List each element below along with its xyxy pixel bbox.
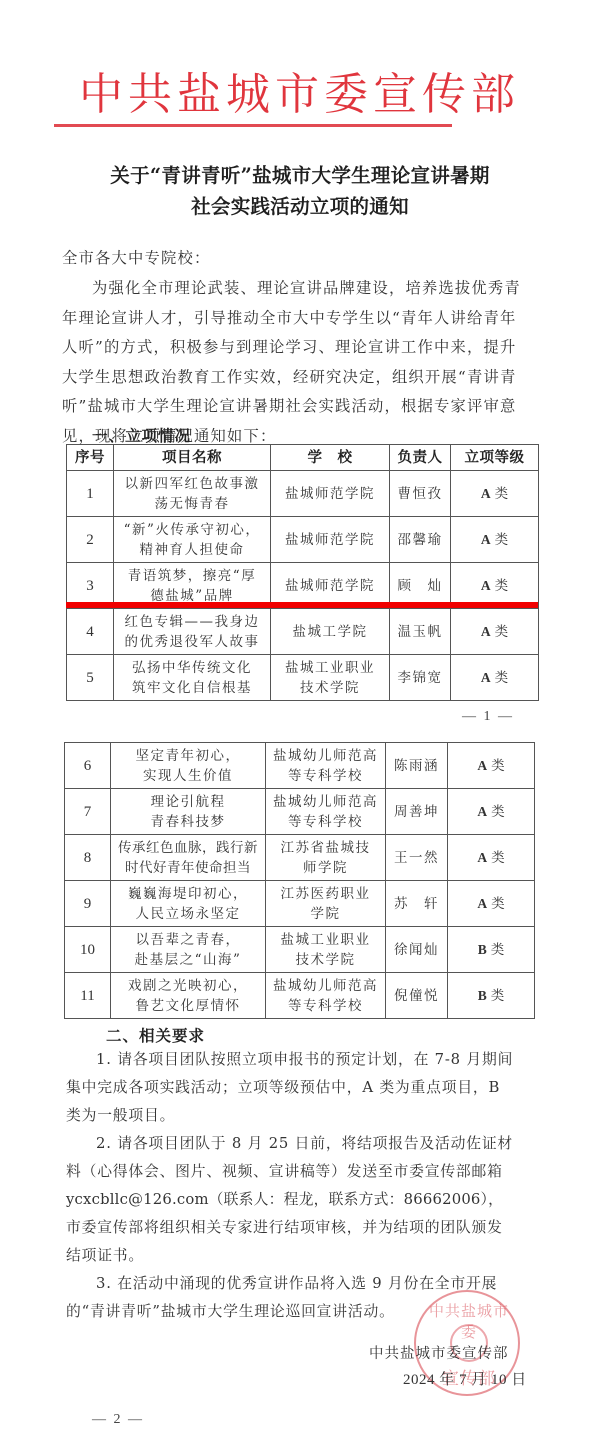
- school-line: 盐城幼儿师范高: [268, 976, 383, 996]
- cell-school: 盐城幼儿师范高等专科学校: [266, 973, 386, 1019]
- cell-grade: A类: [451, 655, 539, 701]
- cell-project-name: 巍巍海堤印初心，人民立场永坚定: [111, 881, 266, 927]
- cell-school: 盐城师范学院: [271, 471, 390, 517]
- name-line: 传承红色血脉，践行新: [113, 838, 263, 858]
- school-line: 师学院: [268, 858, 383, 878]
- name-line: 弘扬中华传统文化: [116, 658, 268, 678]
- grade-letter: A: [481, 670, 491, 685]
- name-line: “新”火传承守初心，: [116, 520, 268, 540]
- name-line: 筑牢文化自信根基: [116, 678, 268, 698]
- cell-school: 盐城幼儿师范高等专科学校: [266, 743, 386, 789]
- req2-line: 市委宣传部将组织相关专家进行结项审核，并为结项的团队颁发: [66, 1214, 536, 1242]
- cell-grade: A类: [451, 517, 539, 563]
- cell-project-name: 戏剧之光映初心，鲁艺文化厚情怀: [111, 973, 266, 1019]
- cell-project-name: 弘扬中华传统文化筑牢文化自信根基: [114, 655, 271, 701]
- grade-letter: A: [481, 624, 491, 639]
- cell-leader: 曹恒孜: [390, 471, 451, 517]
- grade-suffix: 类: [495, 670, 509, 685]
- cell-school: 盐城工业职业技术学院: [271, 655, 390, 701]
- cell-no: 5: [67, 655, 114, 701]
- grade-letter: A: [481, 532, 491, 547]
- requirement-1: 1. 请各项目团队按照立项申报书的预定计划，在 7-8 月期间 集中完成各项实践…: [66, 1046, 536, 1130]
- grade-suffix: 类: [491, 896, 505, 911]
- table-row: 2 “新”火传承守初心，精神育人担使命 盐城师范学院 邵馨瑜 A类: [67, 517, 539, 563]
- table-row: 5 弘扬中华传统文化筑牢文化自信根基 盐城工业职业技术学院 李锦宽 A类: [67, 655, 539, 701]
- cell-leader: 王一然: [386, 835, 448, 881]
- grade-letter: B: [478, 988, 487, 1003]
- cell-project-name: 坚定青年初心，实现人生价值: [111, 743, 266, 789]
- cell-grade: A类: [448, 743, 535, 789]
- table-row: 4 红色专辑——我身边的优秀退役军人故事 盐城工学院 温玉帆 A类: [67, 609, 539, 655]
- name-line: 红色专辑——我身边: [116, 612, 268, 632]
- cell-no: 2: [67, 517, 114, 563]
- req1-line: 1. 请各项目团队按照立项申报书的预定计划，在 7-8 月期间: [66, 1046, 536, 1074]
- grade-suffix: 类: [491, 758, 505, 773]
- name-line: 精神育人担使命: [116, 540, 268, 560]
- grade-suffix: 类: [491, 942, 505, 957]
- school-line: 技术学院: [273, 678, 387, 698]
- name-line: 赴基层之“山海”: [113, 950, 263, 970]
- name-line: 的优秀退役军人故事: [116, 632, 268, 652]
- name-line: 以吾辈之青春，: [113, 930, 263, 950]
- cell-no: 6: [65, 743, 111, 789]
- cell-leader: 苏 轩: [386, 881, 448, 927]
- school-line: 江苏省盐城技: [268, 838, 383, 858]
- table-row: 10 以吾辈之青春，赴基层之“山海” 盐城工业职业技术学院 徐闻灿 B类: [65, 927, 535, 973]
- table-row: 6 坚定青年初心，实现人生价值 盐城幼儿师范高等专科学校 陈雨涵 A类: [65, 743, 535, 789]
- table-row: 9 巍巍海堤印初心，人民立场永坚定 江苏医药职业学院 苏 轩 A类: [65, 881, 535, 927]
- cell-grade: A类: [448, 835, 535, 881]
- req2-email-line: ycxcbllc@126.com（联系人：程龙，联系方式：86662006），: [66, 1186, 536, 1214]
- req2-line: 2. 请各项目团队于 8 月 25 日前，将结项报告及活动佐证材: [66, 1130, 536, 1158]
- name-line: 人民立场永坚定: [113, 904, 263, 924]
- name-line: 实现人生价值: [113, 766, 263, 786]
- cell-grade: A类: [451, 609, 539, 655]
- grade-suffix: 类: [495, 578, 509, 593]
- cell-project-name: 传承红色血脉，践行新时代好青年使命担当: [111, 835, 266, 881]
- table-row: 11 戏剧之光映初心，鲁艺文化厚情怀 盐城幼儿师范高等专科学校 倪僮悦 B类: [65, 973, 535, 1019]
- page-number-2: — 2 —: [92, 1412, 144, 1428]
- name-line: 鲁艺文化厚情怀: [113, 996, 263, 1016]
- signature-date: 2024 年 7 月 10 日: [403, 1368, 527, 1389]
- cell-leader: 徐闻灿: [386, 927, 448, 973]
- name-line: 坚定青年初心，: [113, 746, 263, 766]
- cell-grade: B类: [448, 973, 535, 1019]
- school-line: 盐城工业职业: [268, 930, 383, 950]
- cell-no: 9: [65, 881, 111, 927]
- school-line: 等专科学校: [268, 812, 383, 832]
- red-highlight-underline: [66, 602, 538, 608]
- name-line: 时代好青年使命担当: [113, 858, 263, 878]
- req1-line: 集中完成各项实践活动；立项等级预估中，A 类为重点项目，B: [66, 1074, 536, 1102]
- school-line: 等专科学校: [268, 766, 383, 786]
- intro-line: 大学生思想政治教育工作实效，经研究决定，组织开展“青讲青: [62, 363, 540, 393]
- table-header-row: 序号 项目名称 学 校 负责人 立项等级: [67, 445, 539, 471]
- grade-suffix: 类: [491, 804, 505, 819]
- cell-grade: B类: [448, 927, 535, 973]
- school-line: 江苏医药职业: [268, 884, 383, 904]
- grade-suffix: 类: [491, 850, 505, 865]
- school-line: 盐城师范学院: [273, 530, 387, 550]
- school-line: 盐城幼儿师范高: [268, 746, 383, 766]
- cell-project-name: “新”火传承守初心，精神育人担使命: [114, 517, 271, 563]
- grade-letter: A: [481, 486, 491, 501]
- cell-leader: 周善坤: [386, 789, 448, 835]
- page-number-1: — 1 —: [462, 709, 514, 725]
- name-line: 戏剧之光映初心，: [113, 976, 263, 996]
- school-line: 等专科学校: [268, 996, 383, 1016]
- school-line: 盐城工学院: [273, 622, 387, 642]
- header-leader: 负责人: [390, 445, 451, 471]
- name-line: 巍巍海堤印初心，: [113, 884, 263, 904]
- intro-line: 人听”的方式，积极参与到理论学习、理论宣讲工作中来，提升: [62, 333, 540, 363]
- cell-no: 10: [65, 927, 111, 973]
- cell-project-name: 红色专辑——我身边的优秀退役军人故事: [114, 609, 271, 655]
- grade-letter: A: [477, 850, 487, 865]
- cell-no: 7: [65, 789, 111, 835]
- letterhead-org-name: 中共盐城市委宣传部: [0, 58, 599, 122]
- intro-line: 为强化全市理论武装、理论宣讲品牌建设，培养选拔优秀青: [62, 274, 540, 304]
- school-line: 盐城工业职业: [273, 658, 387, 678]
- req2-line: 结项证书。: [66, 1242, 536, 1270]
- cell-leader: 陈雨涵: [386, 743, 448, 789]
- cell-no: 8: [65, 835, 111, 881]
- table-row: 8 传承红色血脉，践行新时代好青年使命担当 江苏省盐城技师学院 王一然 A类: [65, 835, 535, 881]
- cell-grade: A类: [448, 881, 535, 927]
- requirement-2: 2. 请各项目团队于 8 月 25 日前，将结项报告及活动佐证材 料（心得体会、…: [66, 1130, 536, 1270]
- intro-line: 年理论宣讲人才，引导推动全市大中专学生以“青年人讲给青年: [62, 304, 540, 334]
- seal-text-top: 中共盐城市委: [424, 1300, 514, 1342]
- grade-letter: A: [477, 804, 487, 819]
- cell-school: 江苏省盐城技师学院: [266, 835, 386, 881]
- grade-letter: A: [477, 758, 487, 773]
- grade-letter: A: [477, 896, 487, 911]
- cell-grade: A类: [448, 789, 535, 835]
- cell-school: 江苏医药职业学院: [266, 881, 386, 927]
- table-row: 7 理论引航程青春科技梦 盐城幼儿师范高等专科学校 周善坤 A类: [65, 789, 535, 835]
- grade-suffix: 类: [495, 486, 509, 501]
- name-line: 青语筑梦，擦亮“厚: [116, 566, 268, 586]
- section1-heading: 一、立项情况: [92, 424, 191, 446]
- cell-school: 盐城工学院: [271, 609, 390, 655]
- document-title-line2: 社会实践活动立项的通知: [40, 191, 560, 219]
- cell-leader: 倪僮悦: [386, 973, 448, 1019]
- cell-grade: A类: [451, 471, 539, 517]
- header-school: 学 校: [271, 445, 390, 471]
- grade-letter: B: [478, 942, 487, 957]
- school-line: 盐城师范学院: [273, 484, 387, 504]
- grade-letter: A: [481, 578, 491, 593]
- cell-leader: 温玉帆: [390, 609, 451, 655]
- name-line: 荡无悔青春: [116, 494, 268, 514]
- cell-school: 盐城工业职业技术学院: [266, 927, 386, 973]
- cell-school: 盐城师范学院: [271, 517, 390, 563]
- project-table-page1: 序号 项目名称 学 校 负责人 立项等级 1 以新四军红色故事激荡无悔青春 盐城…: [66, 444, 539, 701]
- cell-no: 11: [65, 973, 111, 1019]
- project-table-page2: 6 坚定青年初心，实现人生价值 盐城幼儿师范高等专科学校 陈雨涵 A类 7 理论…: [64, 742, 535, 1019]
- grade-suffix: 类: [495, 624, 509, 639]
- school-line: 学院: [268, 904, 383, 924]
- intro-line: 听”盐城市大学生理论宣讲暑期社会实践活动，根据专家评审意: [62, 392, 540, 422]
- school-line: 盐城师范学院: [273, 576, 387, 596]
- section2-heading: 二、相关要求: [106, 1024, 205, 1046]
- signature-org: 中共盐城市委宣传部: [369, 1342, 509, 1363]
- salutation: 全市各大中专院校：: [62, 244, 540, 274]
- name-line: 以新四军红色故事激: [116, 474, 268, 494]
- header-project-name: 项目名称: [114, 445, 271, 471]
- cell-no: 1: [67, 471, 114, 517]
- grade-suffix: 类: [491, 988, 505, 1003]
- letterhead-red-rule: [54, 124, 452, 127]
- cell-school: 盐城幼儿师范高等专科学校: [266, 789, 386, 835]
- table-row: 1 以新四军红色故事激荡无悔青春 盐城师范学院 曹恒孜 A类: [67, 471, 539, 517]
- header-grade: 立项等级: [451, 445, 539, 471]
- cell-project-name: 以吾辈之青春，赴基层之“山海”: [111, 927, 266, 973]
- header-no: 序号: [67, 445, 114, 471]
- req1-line: 类为一般项目。: [66, 1102, 536, 1130]
- document-title-line1: 关于“青讲青听”盐城市大学生理论宣讲暑期: [40, 160, 560, 188]
- cell-leader: 邵馨瑜: [390, 517, 451, 563]
- name-line: 青春科技梦: [113, 812, 263, 832]
- school-line: 技术学院: [268, 950, 383, 970]
- cell-project-name: 理论引航程青春科技梦: [111, 789, 266, 835]
- grade-suffix: 类: [495, 532, 509, 547]
- name-line: 理论引航程: [113, 792, 263, 812]
- cell-no: 4: [67, 609, 114, 655]
- req2-line: 料（心得体会、图片、视频、宣讲稿等）发送至市委宣传部邮箱: [66, 1158, 536, 1186]
- cell-project-name: 以新四军红色故事激荡无悔青春: [114, 471, 271, 517]
- cell-leader: 李锦宽: [390, 655, 451, 701]
- school-line: 盐城幼儿师范高: [268, 792, 383, 812]
